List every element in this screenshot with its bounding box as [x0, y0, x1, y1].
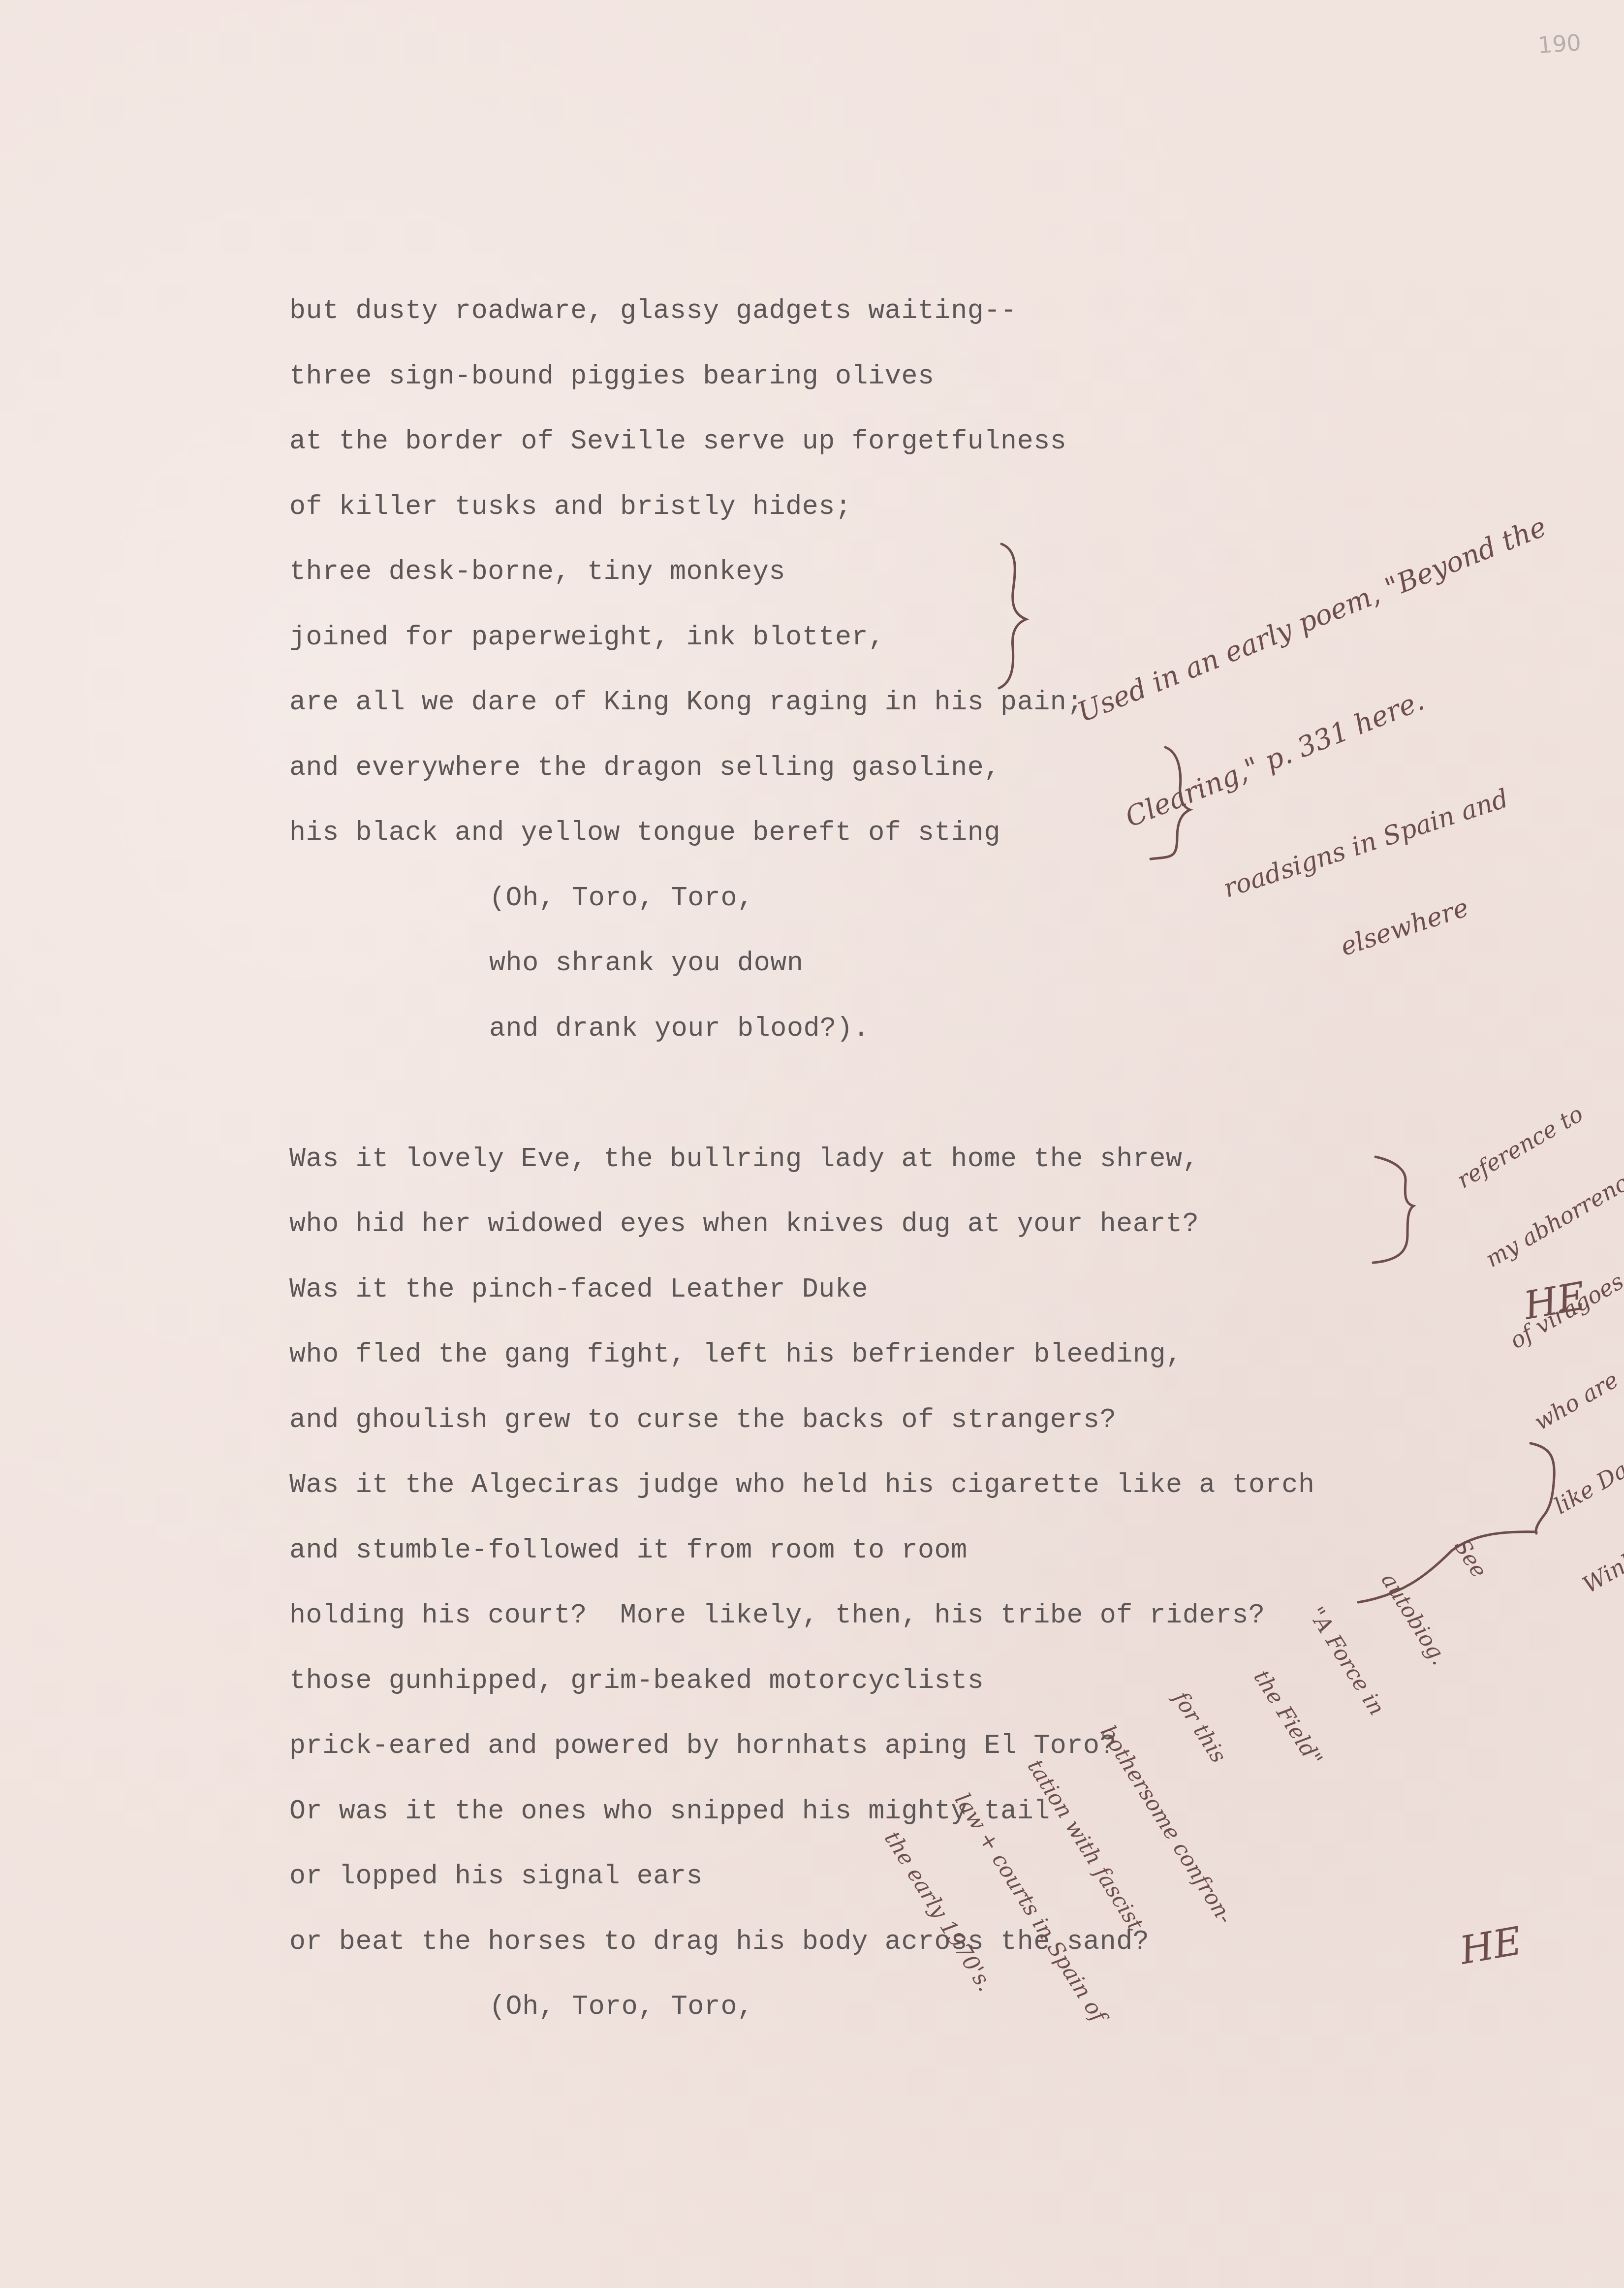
poem-line: and drank your blood?). — [489, 1013, 870, 1044]
page-number: 190 — [1537, 29, 1582, 59]
poem-line: of killer tusks and bristly hides; — [289, 491, 852, 522]
note-line: reference to — [1452, 1091, 1603, 1194]
poem-line: or lopped his signal ears — [289, 1861, 703, 1892]
poem-line: three sign-bound piggies bearing olives — [289, 361, 935, 392]
poem-line: are all we dare of King Kong raging in h… — [289, 687, 1083, 718]
poem-line: three desk-borne, tiny monkeys — [289, 556, 785, 587]
note-line: roadsigns in Spain and — [1219, 783, 1512, 904]
poem-line: who shrank you down — [489, 948, 804, 979]
note-line: my abhorrence — [1481, 1162, 1624, 1273]
poem-line: but dusty roadware, glassy gadgets waiti… — [289, 295, 1017, 326]
poem-line: Was it lovely Eve, the bullring lady at … — [289, 1144, 1199, 1175]
poem-line: and ghoulish grew to curse the backs of … — [289, 1404, 1116, 1435]
poem-line: those gunhipped, grim-beaked motorcyclis… — [289, 1665, 984, 1696]
poem-line: prick-eared and powered by hornhats apin… — [289, 1730, 1116, 1761]
poem-line: and stumble-followed it from room to roo… — [289, 1535, 968, 1566]
poem-line: joined for paperweight, ink blotter, — [289, 622, 885, 653]
poem-line: Or was it the ones who snipped his might… — [289, 1796, 1050, 1827]
poem-line: at the border of Seville serve up forget… — [289, 426, 1066, 457]
poem-line: who fled the gang fight, left his befrie… — [289, 1339, 1183, 1370]
poem-line: Was it the Algeciras judge who held his … — [289, 1469, 1315, 1500]
poem-line: holding his court? More likely, then, hi… — [289, 1600, 1265, 1631]
poem-line: who hid her widowed eyes when knives dug… — [289, 1208, 1199, 1239]
poem-line: and everywhere the dragon selling gasoli… — [289, 752, 1000, 783]
poem-line: (Oh, Toro, Toro, — [489, 883, 754, 914]
poem-line: Was it the pinch-faced Leather Duke — [289, 1274, 868, 1305]
poem-line: his black and yellow tongue bereft of st… — [289, 817, 1000, 848]
poem-line: (Oh, Toro, Toro, — [489, 1991, 754, 2022]
